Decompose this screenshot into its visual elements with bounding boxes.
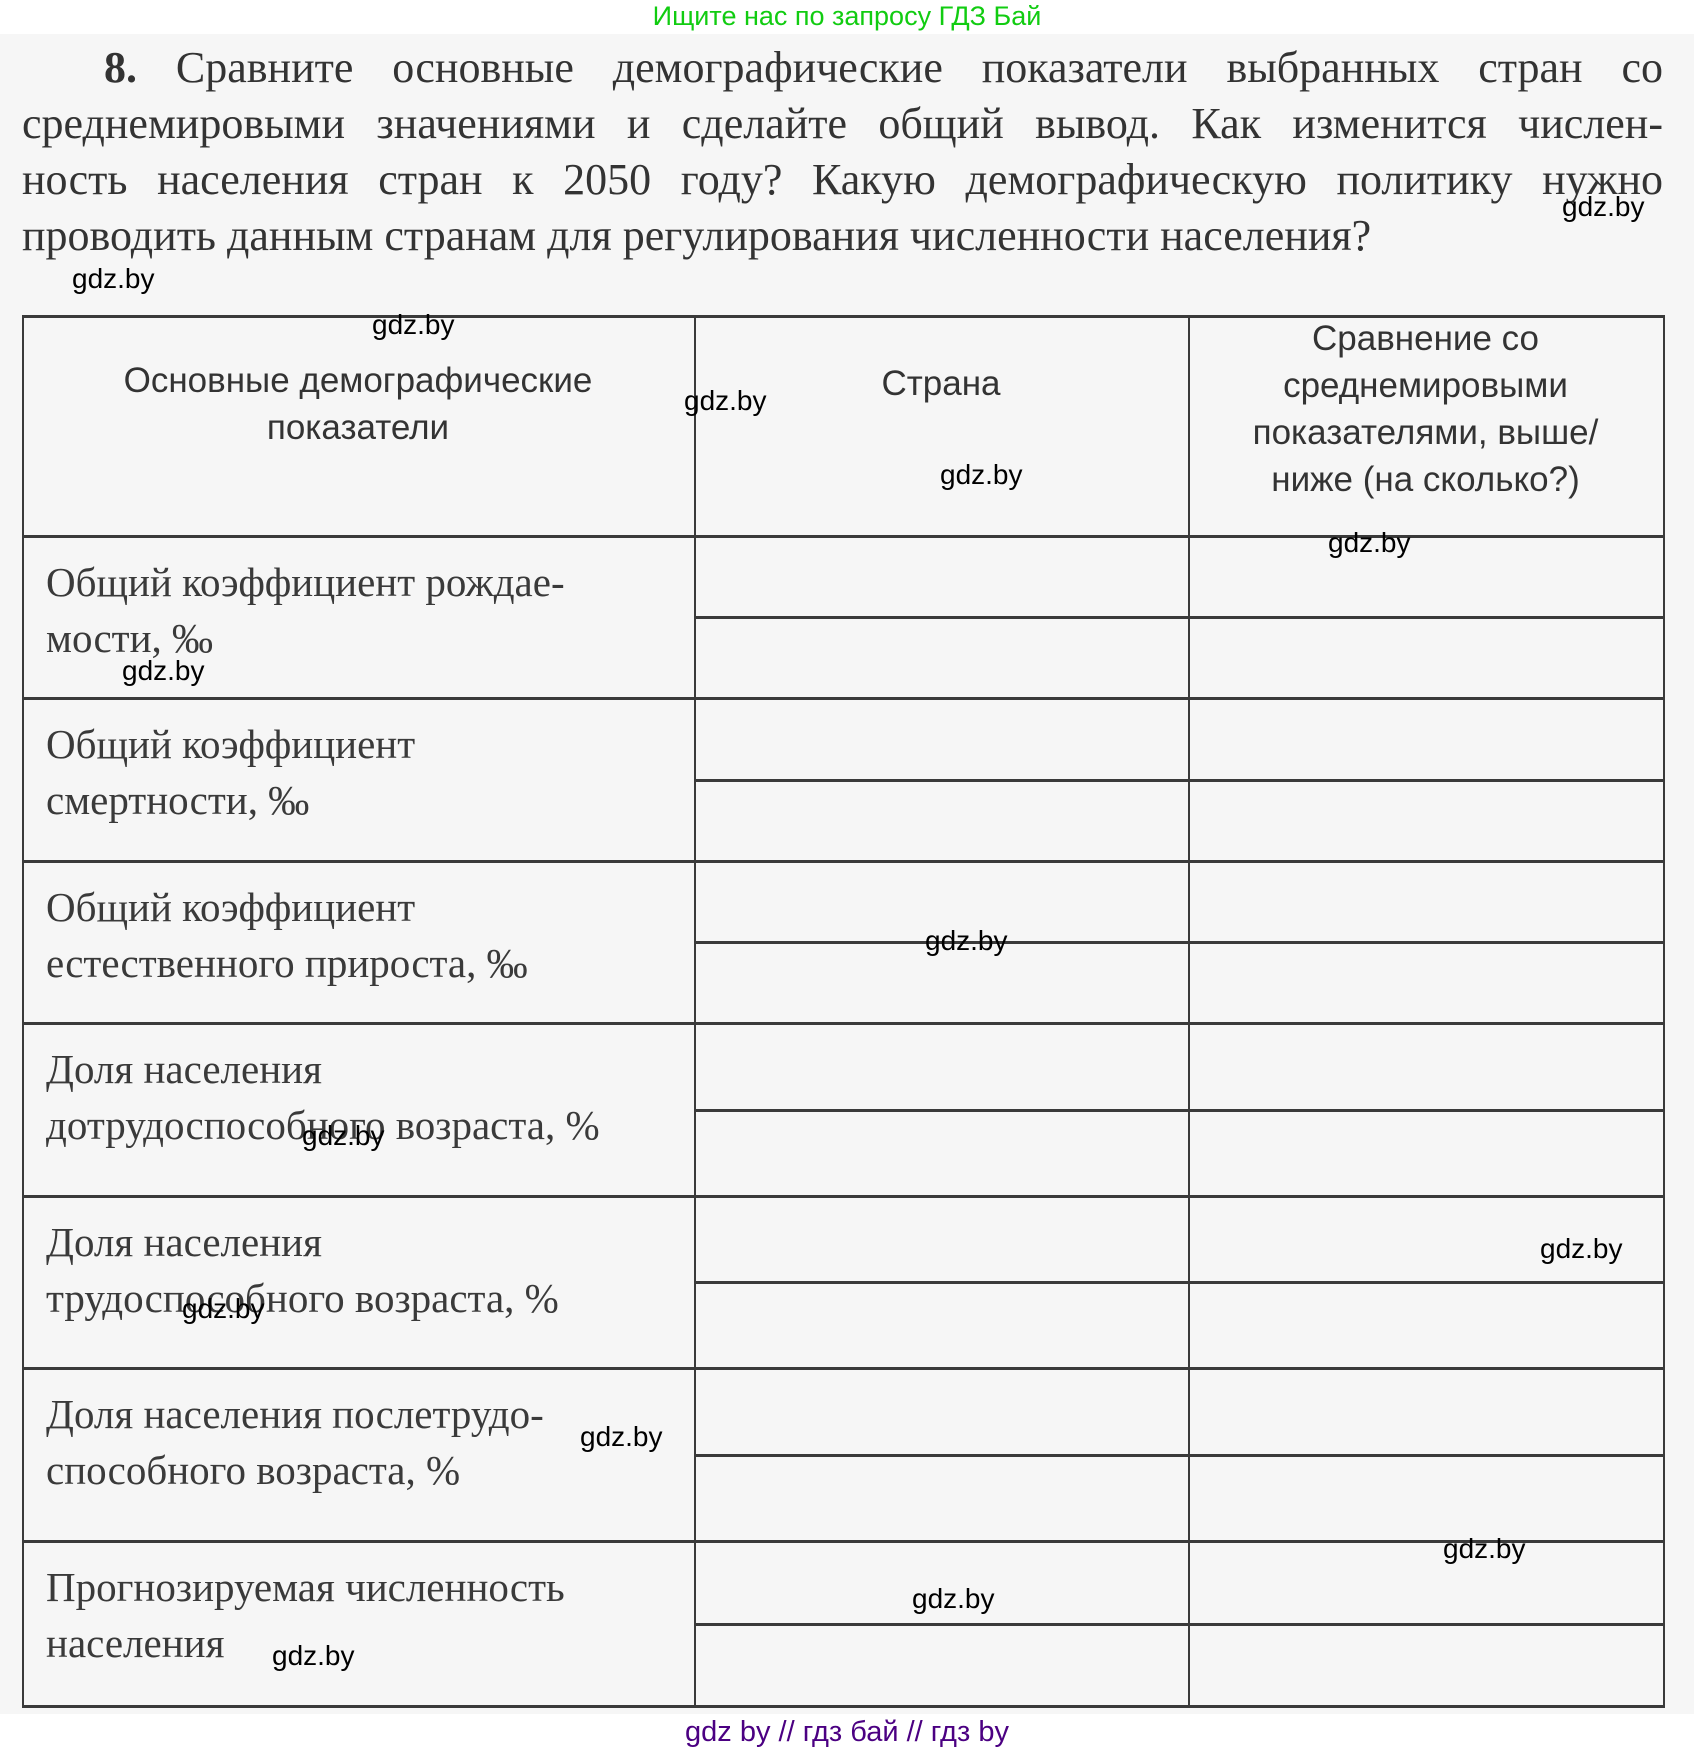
- watermark-text: gdz.by: [122, 656, 205, 686]
- row-label: Общий коэффициентсмертности, ‰: [46, 717, 686, 821]
- comparison-cell[interactable]: [1191, 864, 1661, 939]
- comparison-cell[interactable]: [1191, 1458, 1661, 1538]
- country-cell[interactable]: [697, 945, 1186, 1020]
- watermark-text: gdz.by: [372, 310, 455, 340]
- watermark-text: gdz.by: [272, 1641, 355, 1671]
- row-divider: [22, 697, 1665, 700]
- comparison-cell[interactable]: [1191, 945, 1661, 1020]
- subrow-divider: [694, 1623, 1665, 1626]
- comparison-cell[interactable]: [1191, 1113, 1661, 1193]
- watermark-text: gdz.by: [1328, 528, 1411, 558]
- comparison-cell[interactable]: [1191, 1371, 1661, 1452]
- row-divider: [22, 1022, 1665, 1025]
- watermark-text: gdz.by: [72, 264, 155, 294]
- subrow-divider: [694, 1109, 1665, 1112]
- comparison-cell[interactable]: [1191, 701, 1661, 777]
- row-divider: [22, 1195, 1665, 1198]
- watermark-text: gdz.by: [580, 1422, 663, 1452]
- watermark-text: gdz.by: [940, 460, 1023, 490]
- row-divider: [22, 1540, 1665, 1543]
- task-line-2: среднемировыми значениями и сделайте общ…: [22, 96, 1663, 152]
- row-label: Общий коэффициент рождае-мости, ‰: [46, 555, 686, 659]
- row-label: Прогнозируемая численностьнаселения: [46, 1560, 686, 1664]
- country-cell[interactable]: [697, 1285, 1186, 1365]
- country-cell[interactable]: [697, 1627, 1186, 1703]
- country-cell[interactable]: [697, 1458, 1186, 1538]
- subrow-divider: [694, 1281, 1665, 1284]
- comparison-cell[interactable]: [1191, 539, 1661, 614]
- table-left-border: [22, 315, 24, 1707]
- subrow-divider: [694, 616, 1665, 619]
- header-country: Страна: [694, 360, 1188, 407]
- table-bottom-border: [22, 1705, 1665, 1708]
- watermark-text: gdz.by: [1443, 1534, 1526, 1564]
- table-right-border: [1663, 315, 1665, 1707]
- footer-links[interactable]: gdz by // гдз бай // гдз by: [0, 1714, 1694, 1753]
- subrow-divider: [694, 941, 1665, 944]
- watermark-text: gdz.by: [1562, 192, 1645, 222]
- row-divider: [22, 1367, 1665, 1370]
- task-text: 8. Сравните основные демографические пок…: [22, 40, 1663, 264]
- country-cell[interactable]: [697, 1371, 1186, 1452]
- country-cell[interactable]: [697, 1113, 1186, 1193]
- row-divider: [22, 860, 1665, 863]
- search-banner[interactable]: Ищите нас по запросу ГДЗ Бай: [0, 0, 1694, 34]
- watermark-text: gdz.by: [912, 1584, 995, 1614]
- header-comparison: Сравнение со среднемировыми показателями…: [1188, 295, 1663, 503]
- subrow-divider: [694, 1454, 1665, 1457]
- country-cell[interactable]: [697, 1026, 1186, 1107]
- row-divider: [22, 535, 1665, 538]
- country-cell[interactable]: [697, 783, 1186, 858]
- comparison-cell[interactable]: [1191, 620, 1661, 695]
- country-cell[interactable]: [697, 701, 1186, 777]
- country-cell[interactable]: [697, 1199, 1186, 1279]
- task-line-4: проводить данным странам для регулирован…: [22, 208, 1663, 264]
- country-cell[interactable]: [697, 620, 1186, 695]
- demographics-table: Основные демографические показатели Стра…: [22, 315, 1663, 1705]
- task-line-1: 8. Сравните основные демографические пок…: [22, 40, 1663, 96]
- watermark-text: gdz.by: [1540, 1234, 1623, 1264]
- watermark-text: gdz.by: [302, 1121, 385, 1151]
- task-number: 8.: [104, 43, 137, 92]
- watermark-text: gdz.by: [182, 1294, 265, 1324]
- comparison-cell[interactable]: [1191, 1026, 1661, 1107]
- table-top-border: [22, 315, 1665, 318]
- row-label: Общий коэффициентестественного прироста,…: [46, 880, 686, 984]
- country-cell[interactable]: [697, 539, 1186, 614]
- row-label: Доля населениятрудоспособного возраста, …: [46, 1215, 686, 1319]
- header-indicators: Основные демографические показатели: [22, 335, 694, 451]
- watermark-text: gdz.by: [925, 926, 1008, 956]
- comparison-cell[interactable]: [1191, 1285, 1661, 1365]
- column-divider: [694, 315, 696, 1707]
- watermark-text: gdz.by: [684, 386, 767, 416]
- column-divider: [1188, 315, 1190, 1707]
- comparison-cell[interactable]: [1191, 1627, 1661, 1703]
- comparison-cell[interactable]: [1191, 1544, 1661, 1621]
- comparison-cell[interactable]: [1191, 783, 1661, 858]
- task-line-3: ность населения стран к 2050 году? Какую…: [22, 152, 1663, 208]
- subrow-divider: [694, 779, 1665, 782]
